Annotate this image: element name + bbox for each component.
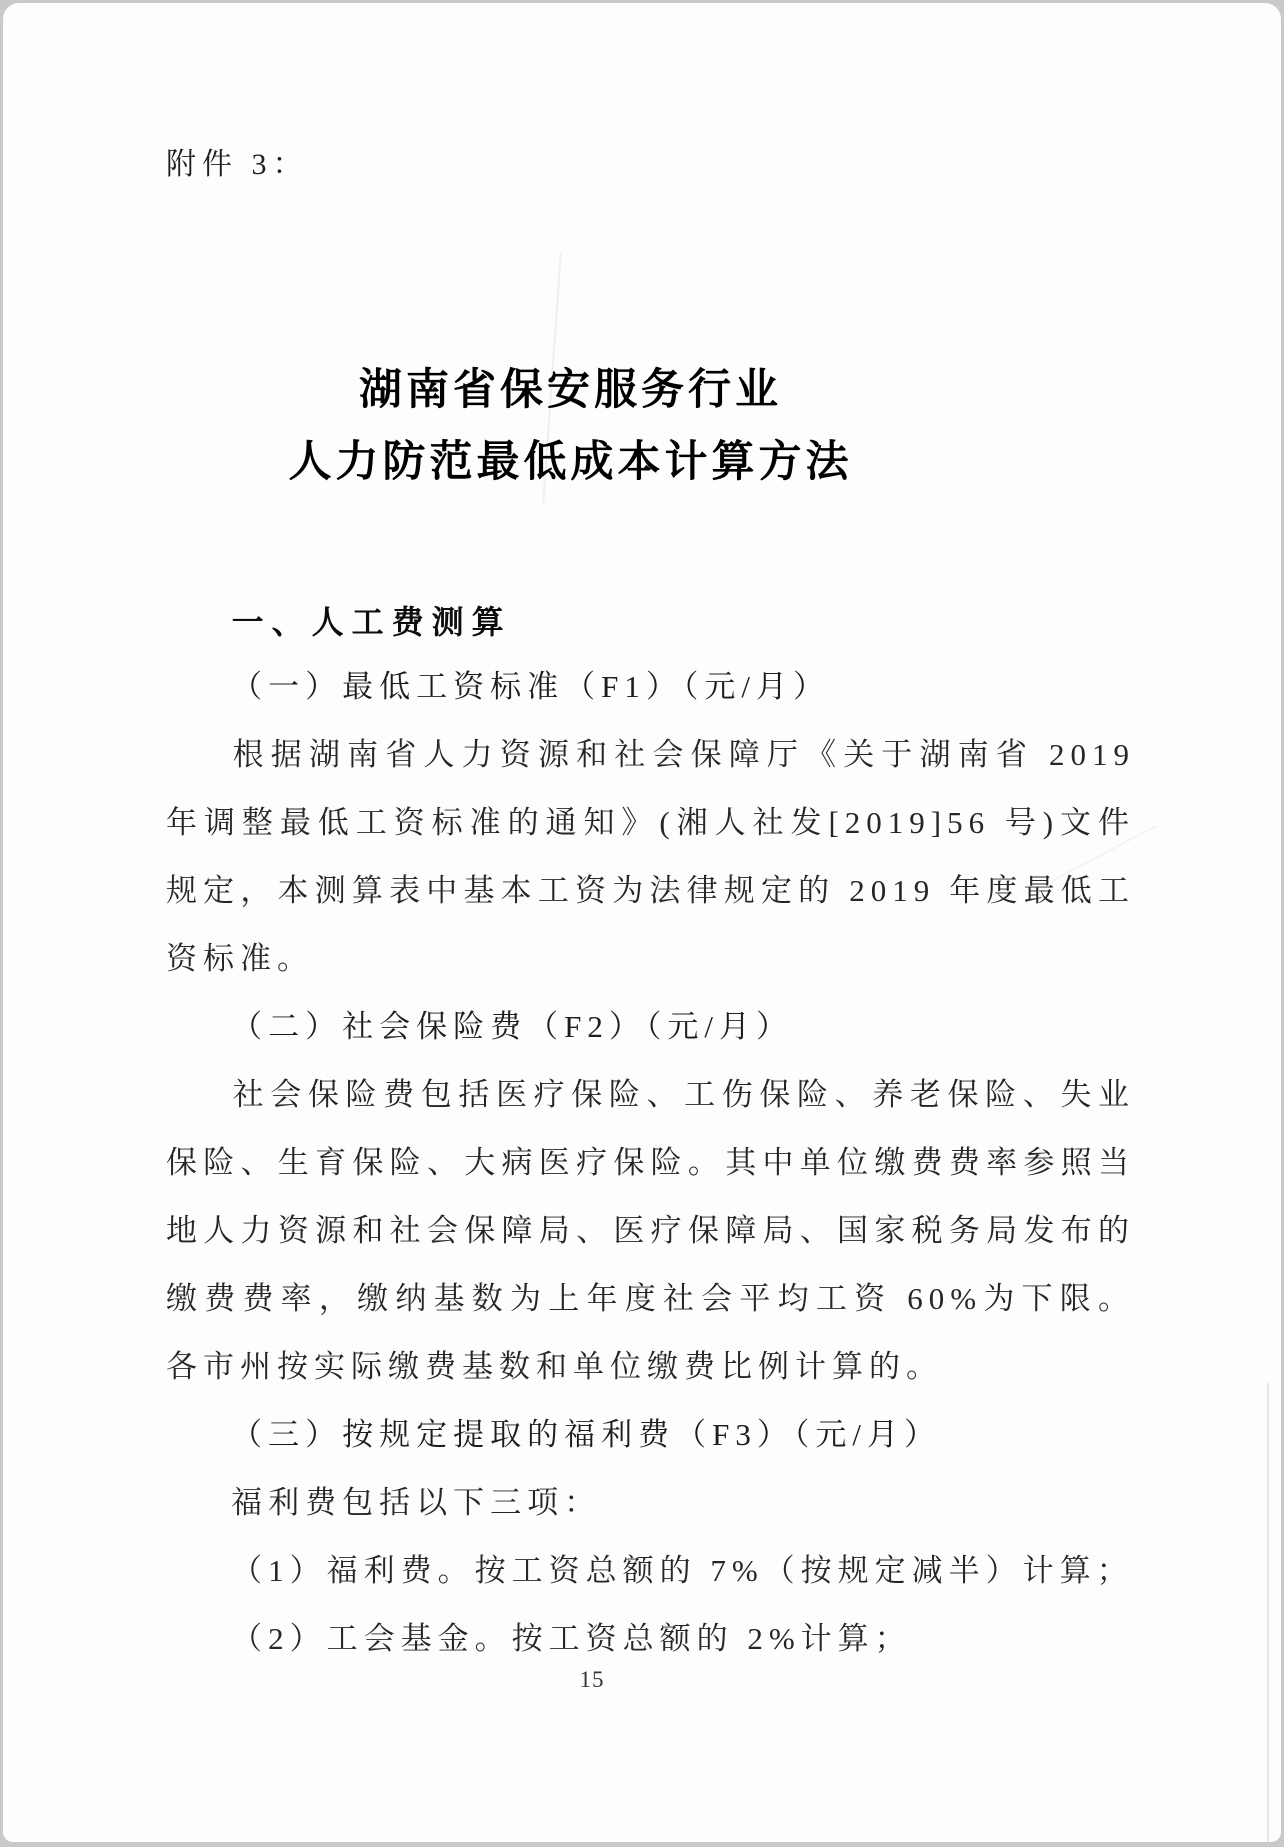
page-number: 15 (3, 1667, 1181, 1693)
attachment-label: 附件 3： (166, 143, 1135, 187)
welfare-list-intro: 福利费包括以下三项： (166, 1469, 1135, 1537)
paragraph-social-insurance: 社会保险费包括医疗保险、工伤保险、养老保险、失业保险、生育保险、大病医疗保险。其… (166, 1061, 1135, 1401)
section-heading-labor-cost: 一、人工费测算 (166, 597, 1135, 647)
scan-artifact-edge (1267, 1383, 1269, 1842)
paragraph-minimum-wage: 根据湖南省人力资源和社会保障厅《关于湖南省 2019 年调整最低工资标准的通知》… (166, 721, 1135, 993)
document-content: 附件 3： 湖南省保安服务行业 人力防范最低成本计算方法 一、人工费测算 （一）… (166, 3, 1135, 1673)
document-title-line1: 湖南省保安服务行业 (86, 355, 1055, 427)
document-title-line2: 人力防范最低成本计算方法 (86, 427, 1055, 499)
subsection-heading-welfare-fee: （三）按规定提取的福利费（F3）（元/月） (166, 1401, 1135, 1469)
document-title: 湖南省保安服务行业 人力防范最低成本计算方法 (86, 355, 1055, 499)
subsection-heading-social-insurance: （二）社会保险费（F2）（元/月） (166, 993, 1135, 1061)
document-page: 附件 3： 湖南省保安服务行业 人力防范最低成本计算方法 一、人工费测算 （一）… (3, 3, 1281, 1842)
subsection-heading-minimum-wage: （一）最低工资标准（F1）（元/月） (166, 653, 1135, 721)
welfare-list-item-2: （2）工会基金。按工资总额的 2%计算； (166, 1605, 1135, 1673)
welfare-list-item-1: （1）福利费。按工资总额的 7%（按规定减半）计算； (166, 1537, 1135, 1605)
